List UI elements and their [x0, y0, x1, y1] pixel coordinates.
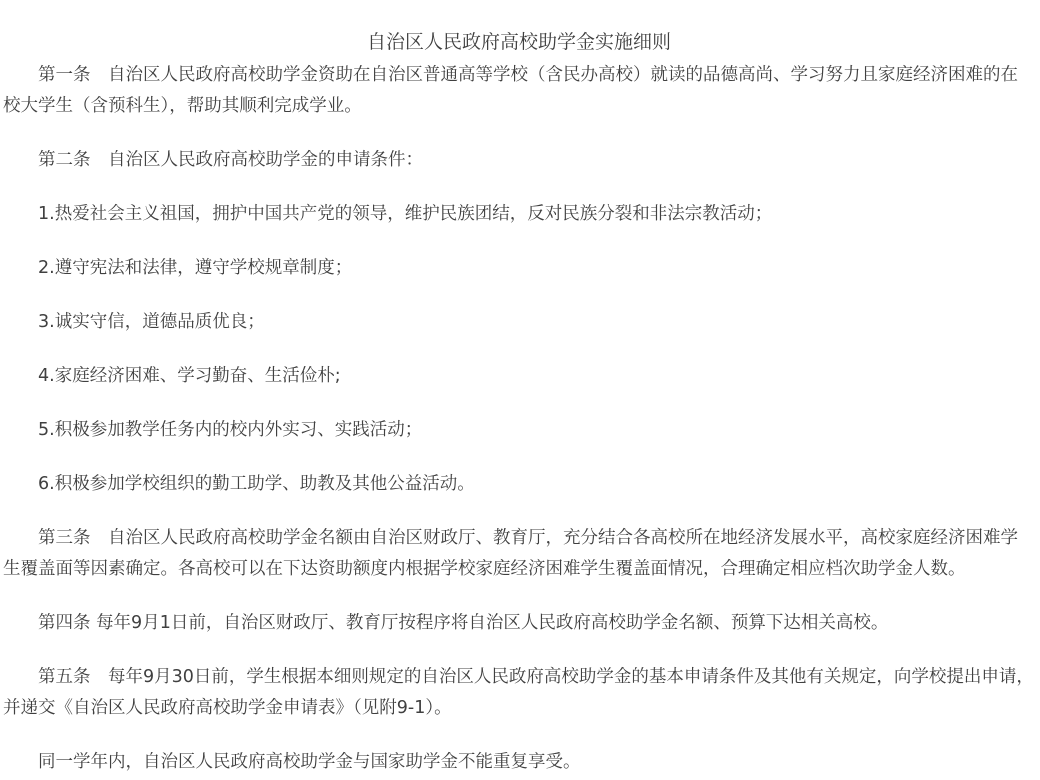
para-article-2: 第二条 自治区人民政府高校助学金的申请条件： — [3, 145, 1035, 176]
para-condition-4: 4.家庭经济困难、学习勤奋、生活俭朴; — [3, 361, 1035, 392]
para-condition-1: 1.热爱社会主义祖国，拥护中国共产党的领导，维护民族团结，反对民族分裂和非法宗教… — [3, 199, 1035, 230]
para-condition-5: 5.积极参加教学任务内的校内外实习、实践活动； — [3, 415, 1035, 446]
para-condition-3: 3.诚实守信，道德品质优良； — [3, 307, 1035, 338]
document-body: 自治区人民政府高校助学金实施细则 第一条 自治区人民政府高校助学金资助在自治区普… — [0, 0, 1040, 778]
para-article-5: 第五条 每年9月30日前，学生根据本细则规定的自治区人民政府高校助学金的基本申请… — [3, 662, 1035, 724]
page-title: 自治区人民政府高校助学金实施细则 — [3, 28, 1035, 56]
para-article-1: 第一条 自治区人民政府高校助学金资助在自治区普通高等学校（含民办高校）就读的品德… — [3, 60, 1035, 122]
para-article-3: 第三条 自治区人民政府高校助学金名额由自治区财政厅、教育厅，充分结合各高校所在地… — [3, 523, 1035, 585]
para-condition-2: 2.遵守宪法和法律，遵守学校规章制度； — [3, 253, 1035, 284]
para-article-4: 第四条 每年9月1日前，自治区财政厅、教育厅按程序将自治区人民政府高校助学金名额… — [3, 608, 1035, 639]
para-condition-6: 6.积极参加学校组织的勤工助学、助教及其他公益活动。 — [3, 469, 1035, 500]
para-note-same-year: 同一学年内，自治区人民政府高校助学金与国家助学金不能重复享受。 — [3, 747, 1035, 778]
